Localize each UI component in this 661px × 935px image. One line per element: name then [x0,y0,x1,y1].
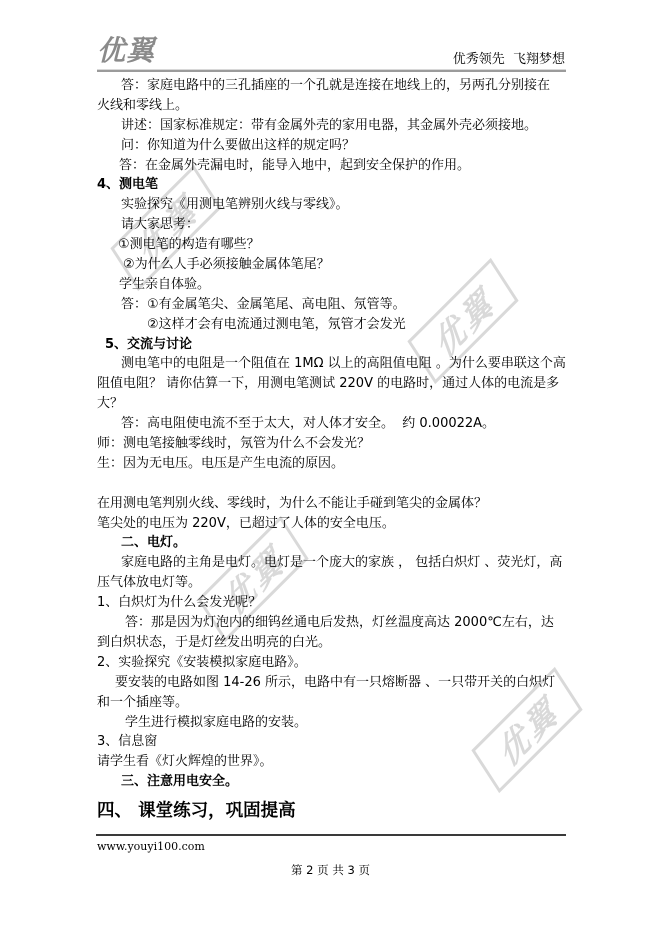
text-line: 请学生看《灯火辉煌的世界》。 [97,752,567,772]
text-line [97,474,567,494]
footer-rule [96,834,566,836]
text-line: 5、交流与讨论 [97,335,567,355]
text-line: 答：家庭电路中的三孔插座的一个孔就是连接在地线上的，另两孔分别接在 [97,76,567,96]
header-slogan: 优秀领先 飞翔梦想 [453,48,565,67]
text-line: 1、白炽灯为什么会发光呢？ [97,593,567,613]
document-body: 答：家庭电路中的三孔插座的一个孔就是连接在地线上的，另两孔分别接在火线和零线上。… [97,76,567,830]
text-line: 答：那是因为灯泡内的细钨丝通电后发热，灯丝温度高达 2000℃左右，达 [97,613,567,633]
text-line: 生：因为无电压。电压是产生电流的原因。 [97,454,567,474]
text-line: 和一个插座等。 [97,693,567,713]
brand-logo: 优翼 [97,36,155,66]
text-line: 答：高电阻使电流不至于太大，对人体才安全。 约 0.00022A。 [97,414,567,434]
text-line: 阻值电阻？ 请你估算一下，用测电笔测试 220V 的电路时，通过人体的电流是多 [97,374,567,394]
footer-page-number: 第 2 页 共 3 页 [0,862,661,878]
text-line: 2、实验探究《安装模拟家庭电路》。 [97,653,567,673]
text-line: 二、电灯。 [97,533,567,553]
text-line: 学生亲自体验。 [97,275,567,295]
text-line: 学生进行模拟家庭电路的安装。 [97,713,567,733]
text-line: 讲述：国家标准规定：带有金属外壳的家用电器，其金属外壳必须接地。 [97,116,567,136]
text-line: ②为什么人手必须接触金属体笔尾？ [97,255,567,275]
text-line: ①测电笔的构造有哪些？ [97,235,567,255]
text-line: 问：你知道为什么要做出这样的规定吗？ [97,136,567,156]
footer-url: www.youyi100.com [97,840,205,853]
text-line: 3、信息窗 [97,732,567,752]
text-line: 要安装的电路如图 14-26 所示，电路中有一只熔断器 、一只带开关的白炽灯 [97,673,567,693]
text-line: 4、测电笔 [97,175,567,195]
text-line: 火线和零线上。 [97,96,567,116]
text-line: 三、注意用电安全。 [97,772,567,792]
text-line: ②这样才会有电流通过测电笔，氖管才会发光 [97,315,567,335]
text-line: 答：①有金属笔尖、金属笔尾、高电阻、氖管等。 [97,295,567,315]
text-line: 师：测电笔接触零线时，氖管为什么不会发光？ [97,434,567,454]
text-line: 大？ [97,394,567,414]
document-page: 优翼 优翼 优翼 优翼 优翼 优秀领先 飞翔梦想 答：家庭电路中的三孔插座的一个… [0,0,661,935]
text-line: 压气体放电灯等。 [97,573,567,593]
text-line: 家庭电路的主角是电灯。电灯是一个庞大的家族 ， 包括白炽灯 、荧光灯，高 [97,553,567,573]
text-line: 笔尖处的电压为 220V，已超过了人体的安全电压。 [97,514,567,534]
header-rule [97,69,566,72]
text-line: 在用测电笔判别火线、零线时，为什么不能让手碰到笔尖的金属体？ [97,494,567,514]
text-line: 实验探究《用测电笔辨别火线与零线》。 [97,195,567,215]
text-line: 测电笔中的电阻是一个阻值在 1MΩ 以上的高阻值电阻 。为什么要串联这个高 [97,354,567,374]
text-line: 答：在金属外壳漏电时，能导入地中，起到安全保护的作用。 [97,156,567,176]
text-line: 到白炽状态，于是灯丝发出明亮的白光。 [97,633,567,653]
text-line: 请大家思考： [97,215,567,235]
section-heading: 四、 课堂练习，巩固提高 [97,792,567,830]
